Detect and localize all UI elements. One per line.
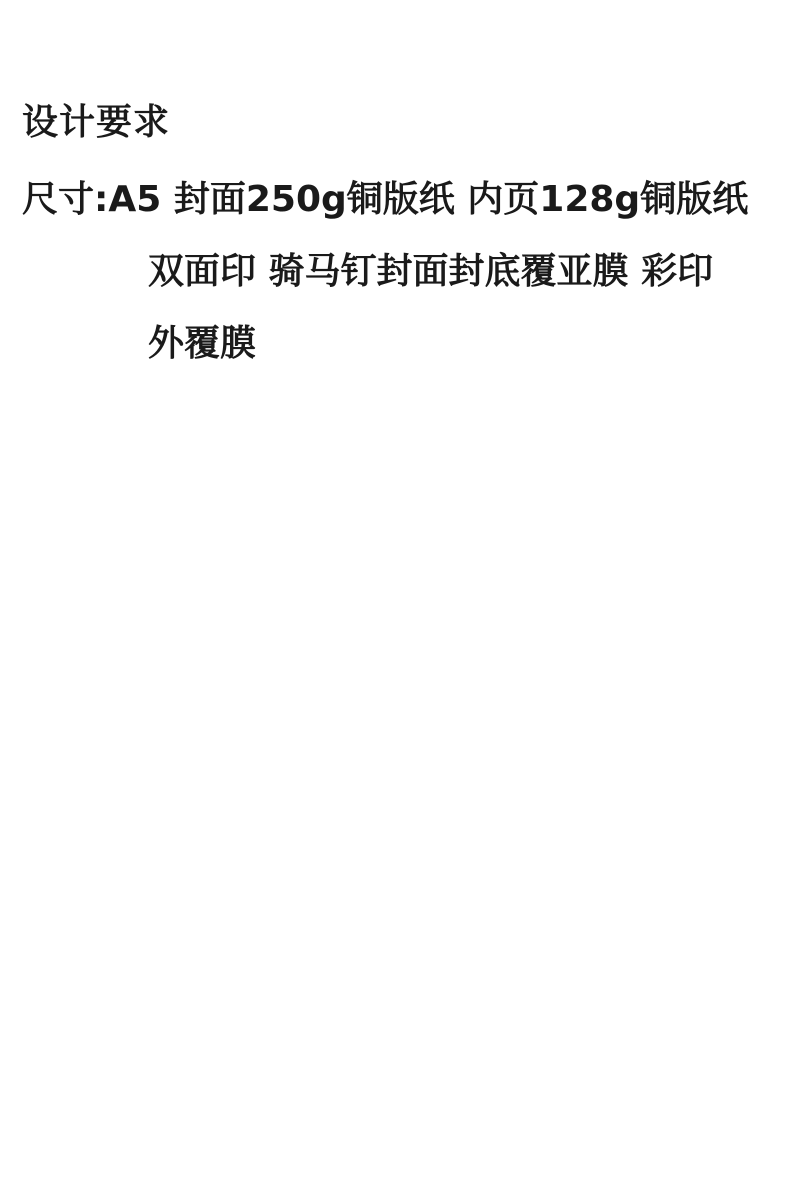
spec-line-printing-binding: 双面印 骑马钉封面封底覆亚膜 彩印	[148, 248, 802, 296]
spec-block: 尺寸:A5 封面250g铜版纸 内页128g铜版纸 双面印 骑马钉封面封底覆亚膜…	[22, 176, 802, 392]
spec-line-lamination: 外覆膜	[148, 320, 802, 368]
section-title: 设计要求	[22, 100, 170, 146]
spec-line-size-paper: 尺寸:A5 封面250g铜版纸 内页128g铜版纸	[22, 176, 802, 224]
